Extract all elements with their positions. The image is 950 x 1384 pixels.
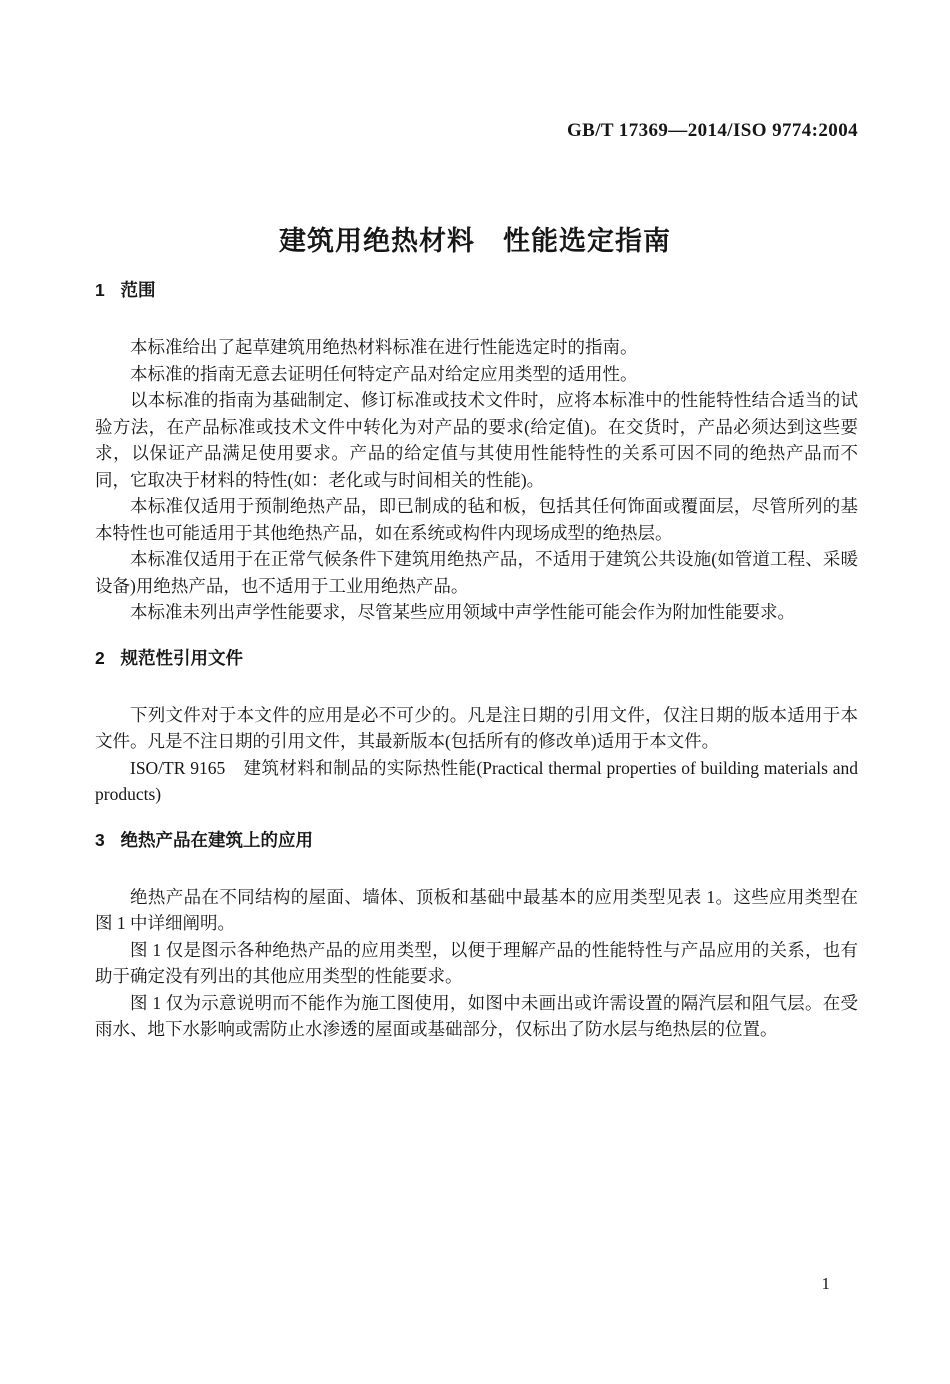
paragraph: 本标准给出了起草建筑用绝热材料标准在进行性能选定时的指南。 [95,334,858,361]
paragraph: 本标准仅适用于预制绝热产品，即已制成的毡和板，包括其任何饰面或覆面层，尽管所列的… [95,493,858,546]
section-heading-label: 范围 [120,280,155,300]
section-heading: 3绝热产品在建筑上的应用 [95,830,858,851]
section-heading: 2规范性引用文件 [95,648,858,669]
section-heading: 1范围 [95,280,858,301]
paragraph: 图 1 仅为示意说明而不能作为施工图使用，如图中未画出或许需设置的隔汽层和阻气层… [95,990,858,1043]
document-body: 1范围 本标准给出了起草建筑用绝热材料标准在进行性能选定时的指南。 本标准的指南… [95,280,858,1043]
document-page: GB/T 17369—2014/ISO 9774:2004 建筑用绝热材料 性能… [0,0,950,1384]
section-number: 1 [95,280,105,301]
paragraph: 本标准仅适用于在正常气候条件下建筑用绝热产品，不适用于建筑公共设施(如管道工程、… [95,546,858,599]
paragraph: 本标准的指南无意去证明任何特定产品对给定应用类型的适用性。 [95,361,858,388]
section-number: 3 [95,830,105,851]
paragraph: 下列文件对于本文件的应用是必不可少的。凡是注日期的引用文件，仅注日期的版本适用于… [95,702,858,755]
section-heading-label: 规范性引用文件 [120,648,243,668]
paragraph: 本标准未列出声学性能要求，尽管某些应用领域中声学性能可能会作为附加性能要求。 [95,599,858,626]
paragraph: 图 1 仅是图示各种绝热产品的应用类型，以便于理解产品的性能特性与产品应用的关系… [95,937,858,990]
document-title: 建筑用绝热材料 性能选定指南 [0,219,950,258]
section-heading-label: 绝热产品在建筑上的应用 [120,830,313,850]
paragraph: 绝热产品在不同结构的屋面、墙体、顶板和基础中最基本的应用类型见表 1。这些应用类… [95,884,858,937]
paragraph: ISO/TR 9165 建筑材料和制品的实际热性能(Practical ther… [95,755,858,808]
paragraph: 以本标准的指南为基础制定、修订标准或技术文件时，应将本标准中的性能特性结合适当的… [95,387,858,493]
page-number: 1 [822,1274,831,1294]
section-scope: 1范围 本标准给出了起草建筑用绝热材料标准在进行性能选定时的指南。 本标准的指南… [95,280,858,626]
standard-number: GB/T 17369—2014/ISO 9774:2004 [567,120,858,142]
section-normative-references: 2规范性引用文件 下列文件对于本文件的应用是必不可少的。凡是注日期的引用文件，仅… [95,648,858,808]
section-number: 2 [95,648,105,669]
section-applications: 3绝热产品在建筑上的应用 绝热产品在不同结构的屋面、墙体、顶板和基础中最基本的应… [95,830,858,1043]
